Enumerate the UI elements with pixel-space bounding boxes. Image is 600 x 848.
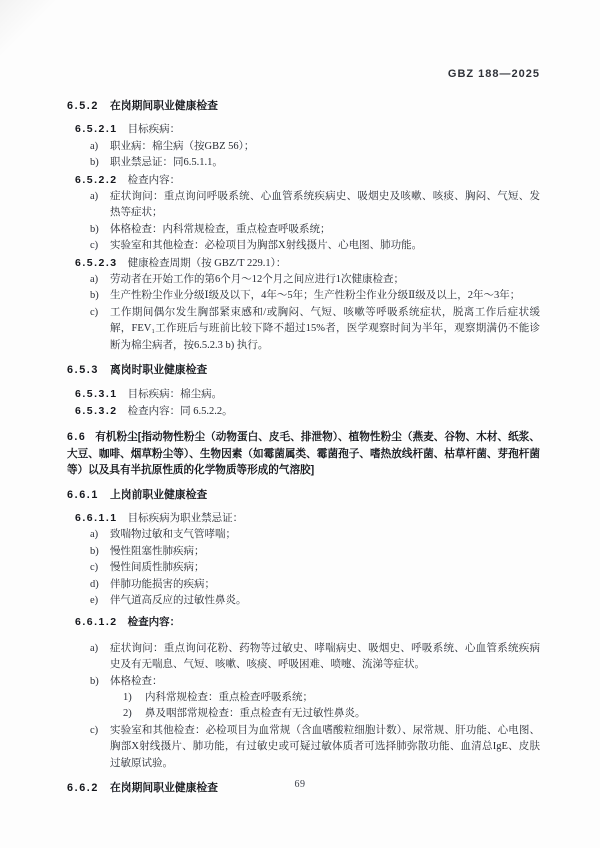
clause-heading-6-6-1: 6.6.1上岗前职业健康检查 (67, 487, 540, 503)
clause-title: 在岗期间职业健康检查 (110, 100, 218, 112)
clause-6-5-2-3: 6.5.2.3健康检查周期（按 GBZ/T 229.1）： (67, 255, 540, 272)
clause-heading-6-5-2: 6.5.2在岗期间职业健康检查 (67, 98, 540, 114)
list-marker: a) (90, 641, 110, 674)
list-marker: e) (90, 593, 110, 609)
list-item: d)伴肺功能损害的疾病； (67, 577, 540, 593)
list-text: 鼻及咽部常规检查：重点检查有无过敏性鼻炎。 (145, 706, 540, 722)
list-text: 职业禁忌证：同6.5.1.1。 (110, 155, 540, 171)
list-item: c)实验室和其他检查：必检项目为胸部X射线摄片、心电图、肺功能。 (67, 238, 540, 254)
clause-text: 检查内容：同 6.5.2.2。 (128, 406, 233, 417)
document-page: GBZ 188—2025 6.5.2在岗期间职业健康检查 6.5.2.1目标疾病… (0, 0, 600, 848)
clause-6-5-3-1: 6.5.3.1目标疾病：棉尘病。 (67, 386, 540, 403)
clause-heading-6-5-3: 6.5.3离岗时职业健康检查 (67, 362, 540, 378)
list-text: 体格检查：内科常规检查，重点检查呼吸系统； (110, 222, 540, 238)
list-marker: a) (90, 527, 110, 543)
list-item: b)慢性阻塞性肺疾病； (67, 544, 540, 560)
list-text: 实验室和其他检查：必检项目为胸部X射线摄片、心电图、肺功能。 (110, 238, 540, 254)
list-text: 慢性阻塞性肺疾病； (110, 544, 540, 560)
clause-6-5-2-1: 6.5.2.1目标疾病： (67, 121, 540, 138)
list-marker: d) (90, 577, 110, 593)
list-text: 伴肺功能损害的疾病； (110, 577, 540, 593)
clause-6-6-1-2: 6.6.1.2检查内容： (67, 614, 540, 631)
list-item: e)伴气道高反应的过敏性鼻炎。 (67, 593, 540, 609)
list-marker: b) (90, 674, 110, 690)
clause-number: 6.5.3 (67, 364, 99, 376)
list-item: b)体格检查：内科常规检查，重点检查呼吸系统； (67, 222, 540, 238)
list-marker: 2) (123, 706, 145, 722)
list-text: 伴气道高反应的过敏性鼻炎。 (110, 593, 540, 609)
clause-text: 目标疾病：棉尘病。 (128, 389, 223, 400)
clause-number: 6.5.2 (67, 100, 99, 112)
clause-heading-6-6: 6.6有机粉尘[指动物性粉尘（动物蛋白、皮毛、排泄物）、植物性粉尘（燕麦、谷物、… (67, 429, 540, 478)
list-marker: c) (90, 560, 110, 576)
list-item: c)实验室和其他检查：必检项目为血常规（含血嗜酸粒细胞计数）、尿常规、肝功能、心… (67, 723, 540, 772)
list-text: 工作期间偶尔发生胸部紧束感和/或胸闷、气短、咳嗽等呼吸系统症状，脱离工作后症状缓… (110, 305, 540, 354)
clause-number: 6.5.2.3 (75, 257, 118, 269)
clause-text: 目标疾病： (128, 124, 181, 135)
list-marker: c) (90, 305, 110, 354)
list-text: 体格检查： (110, 674, 540, 690)
clause-number: 6.5.3.2 (75, 405, 118, 417)
list-text: 生产性粉尘作业分级Ⅰ级及以下，4年～5年；生产性粉尘作业分级Ⅱ级及以上，2年～3… (110, 288, 540, 304)
clause-6-5-3-2: 6.5.3.2检查内容：同 6.5.2.2。 (67, 403, 540, 420)
list-text: 症状询问：重点询问呼吸系统、心血管系统疾病史、吸烟史及咳嗽、咳痰、胸闷、气短、发… (110, 189, 540, 222)
list-item: c)慢性间质性肺疾病； (67, 560, 540, 576)
clause-text: 有机粉尘[指动物性粉尘（动物蛋白、皮毛、排泄物）、植物性粉尘（燕麦、谷物、木材、… (67, 431, 540, 476)
clause-title: 离岗时职业健康检查 (110, 364, 207, 376)
list-item: a)症状询问：重点询问花粉、药物等过敏史、哮喘病史、吸烟史、呼吸系统、心血管系统… (67, 641, 540, 674)
clause-number: 6.6 (67, 431, 86, 443)
list-marker: c) (90, 723, 110, 772)
list-marker: a) (90, 272, 110, 288)
list-text: 实验室和其他检查：必检项目为血常规（含血嗜酸粒细胞计数）、尿常规、肝功能、心电图… (110, 723, 540, 772)
page-content: 6.5.2在岗期间职业健康检查 6.5.2.1目标疾病： a)职业病：棉尘病（按… (67, 90, 540, 803)
clause-number: 6.5.2.1 (75, 123, 118, 135)
list-marker: b) (90, 288, 110, 304)
clause-number: 6.6.1.2 (75, 616, 118, 628)
list-item: a)劳动者在开始工作的第6个月～12个月之间应进行1次健康检查； (67, 272, 540, 288)
clause-number: 6.6.1.1 (75, 512, 118, 524)
nested-list-item: 2)鼻及咽部常规检查：重点检查有无过敏性鼻炎。 (67, 706, 540, 722)
list-marker: c) (90, 238, 110, 254)
clause-6-5-2-2: 6.5.2.2检查内容： (67, 172, 540, 189)
list-marker: b) (90, 222, 110, 238)
nested-list-item: 1)内科常规检查：重点检查呼吸系统； (67, 690, 540, 706)
list-item: a)致喘物过敏和支气管哮喘； (67, 527, 540, 543)
list-item: c)工作期间偶尔发生胸部紧束感和/或胸闷、气短、咳嗽等呼吸系统症状，脱离工作后症… (67, 305, 540, 354)
list-item: a)症状询问：重点询问呼吸系统、心血管系统疾病史、吸烟史及咳嗽、咳痰、胸闷、气短… (67, 189, 540, 222)
list-text: 慢性间质性肺疾病； (110, 560, 540, 576)
clause-6-6-1-1: 6.6.1.1目标疾病为职业禁忌证： (67, 510, 540, 527)
list-item: a)职业病：棉尘病（按GBZ 56）； (67, 139, 540, 155)
clause-title: 上岗前职业健康检查 (110, 489, 207, 501)
list-text: 劳动者在开始工作的第6个月～12个月之间应进行1次健康检查； (110, 272, 540, 288)
clause-number: 6.5.3.1 (75, 388, 118, 400)
list-marker: b) (90, 155, 110, 171)
clause-number: 6.6.1 (67, 489, 99, 501)
list-marker: 1) (123, 690, 145, 706)
clause-text: 目标疾病为职业禁忌证： (128, 513, 244, 524)
list-marker: a) (90, 189, 110, 222)
clause-text: 检查内容： (128, 175, 181, 186)
clause-text: 检查内容： (128, 616, 181, 628)
page-number: 69 (0, 777, 600, 793)
list-text: 职业病：棉尘病（按GBZ 56）； (110, 139, 540, 155)
clause-number: 6.5.2.2 (75, 174, 118, 186)
list-marker: a) (90, 139, 110, 155)
list-text: 致喘物过敏和支气管哮喘； (110, 527, 540, 543)
list-marker: b) (90, 544, 110, 560)
list-item: b)职业禁忌证：同6.5.1.1。 (67, 155, 540, 171)
list-item: b)体格检查： (67, 674, 540, 690)
list-item: b)生产性粉尘作业分级Ⅰ级及以下，4年～5年；生产性粉尘作业分级Ⅱ级及以上，2年… (67, 288, 540, 304)
standard-code-header: GBZ 188—2025 (448, 66, 540, 82)
clause-text: 健康检查周期（按 GBZ/T 229.1）： (128, 258, 287, 269)
list-text: 内科常规检查：重点检查呼吸系统； (145, 690, 540, 706)
list-text: 症状询问：重点询问花粉、药物等过敏史、哮喘病史、吸烟史、呼吸系统、心血管系统疾病… (110, 641, 540, 674)
